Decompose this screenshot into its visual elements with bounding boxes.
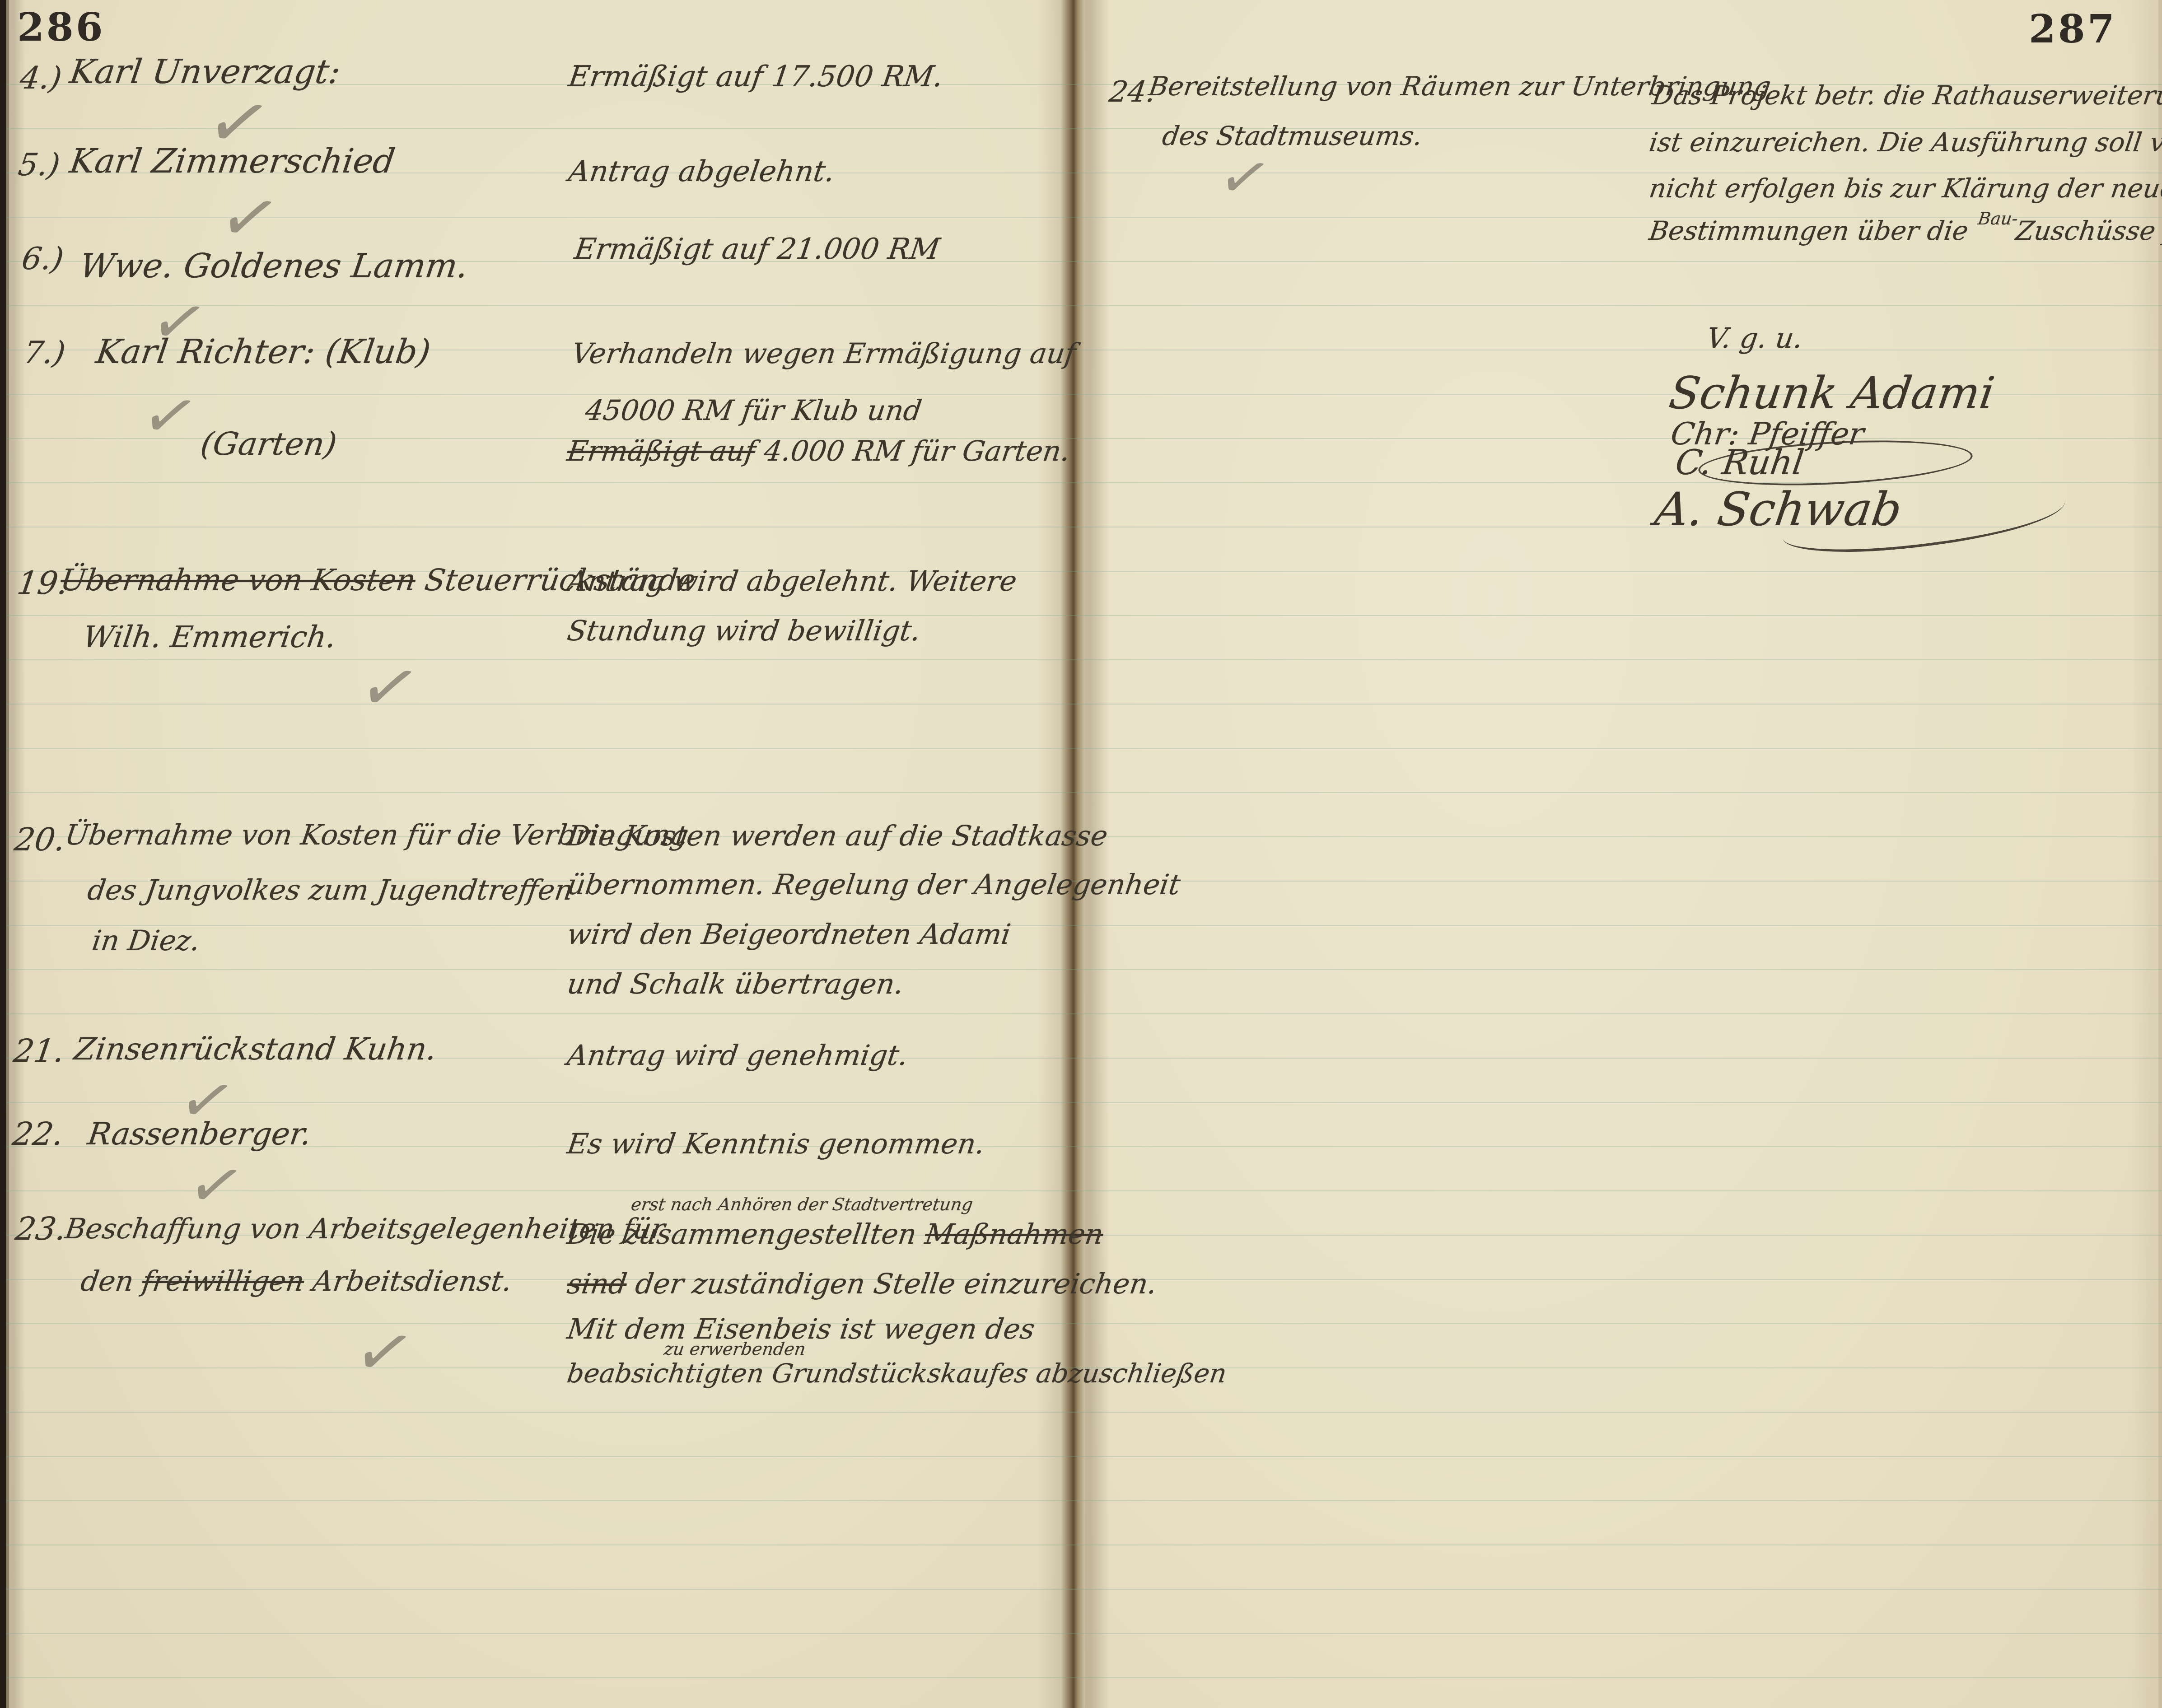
entry-24-decision-line3: nicht erfolgen bis zur Klärung der neuen bbox=[1648, 175, 2162, 201]
entry-6-subject: Wwe. Goldenes Lamm. bbox=[78, 249, 470, 283]
entry-20-subject-line2: des Jungvolkes zum Jugendtreffen bbox=[86, 876, 575, 904]
entry-23-decision-line1: Die zusammengestellten Maßnahmen bbox=[565, 1220, 1105, 1248]
entry-5-subject: Karl Zimmerschied bbox=[68, 145, 397, 178]
book-gutter bbox=[1060, 0, 1087, 1708]
struck-text: Übernahme von Kosten bbox=[58, 563, 418, 597]
entry-7-number: 7.) bbox=[22, 338, 67, 369]
entry-23-number: 23. bbox=[14, 1213, 68, 1245]
entry-23-subject-line2: den freiwilligen Arbeitsdienst. bbox=[79, 1267, 514, 1295]
text: Die zusammengestellten bbox=[565, 1218, 927, 1251]
entry-4-decision: Ermäßigt auf 17.500 RM. bbox=[567, 62, 945, 91]
struck-text: Ermäßigt auf bbox=[565, 434, 757, 467]
entry-22-subject: Rassenberger. bbox=[86, 1119, 313, 1150]
text: Bestimmungen über die bbox=[1647, 215, 1978, 246]
entry-23-decision-insert2: zu erwerbenden bbox=[663, 1340, 807, 1358]
entry-21-decision: Antrag wird genehmigt. bbox=[565, 1041, 910, 1069]
entry-22-decision: Es wird Kenntnis genommen. bbox=[565, 1130, 986, 1158]
page-number-right: 287 bbox=[2029, 10, 2117, 49]
text: Zuschüsse für Museen. bbox=[2014, 215, 2162, 246]
entry-20-decision-line3: wird den Beigeordneten Adami bbox=[565, 920, 1013, 948]
entry-20-decision-line1: Die Kosten werden auf die Stadtkasse bbox=[565, 822, 1109, 850]
entry-23-decision-line2: sind der zuständigen Stelle einzureichen… bbox=[565, 1270, 1159, 1298]
page-287 bbox=[1085, 0, 2162, 1708]
entry-6-decision: Ermäßigt auf 21.000 RM bbox=[573, 235, 942, 264]
struck-text: sind bbox=[565, 1267, 629, 1300]
entry-23-decision-insert: erst nach Anhören der Stadtvertretung bbox=[630, 1196, 974, 1213]
entry-20-number: 20. bbox=[13, 824, 67, 855]
entry-4-number: 4.) bbox=[18, 63, 64, 94]
entry-7-subject: Karl Richter: (Klub) bbox=[94, 335, 433, 369]
entry-6-number: 6.) bbox=[20, 244, 65, 275]
entry-24-decision-line4: Bestimmungen über die Bau-Zuschüsse für … bbox=[1648, 218, 2162, 244]
entry-24-decision-line1: Das Projekt betr. die Rathauserweiterung bbox=[1651, 82, 2162, 108]
entry-20-decision-line2: übernommen. Regelung der Angelegenheit bbox=[565, 871, 1182, 899]
signature-1: Schunk Adami bbox=[1667, 371, 1997, 415]
closing-mark-vgu: V. g. u. bbox=[1705, 324, 1805, 352]
entry-24-decision-line2: ist einzureichen. Die Ausführung soll vo… bbox=[1648, 129, 2162, 155]
struck-text: Maßnahmen bbox=[923, 1218, 1106, 1251]
entry-4-subject: Karl Unverzagt: bbox=[68, 55, 343, 89]
text: Arbeitsdienst. bbox=[302, 1265, 514, 1297]
entry-5-number: 5.) bbox=[16, 150, 62, 181]
entry-21-number: 21. bbox=[12, 1035, 66, 1067]
entry-22-number: 22. bbox=[11, 1118, 65, 1150]
entry-24-subject-line2: des Stadtmuseums. bbox=[1161, 123, 1424, 149]
page-number-left: 286 bbox=[17, 8, 105, 47]
entry-20-decision-line4: und Schalk übertragen. bbox=[565, 970, 906, 998]
entry-7-subject-garden: (Garten) bbox=[199, 428, 339, 460]
ledger-scan: 286 287 4.) Karl Unverzagt: ✓ Ermäßigt a… bbox=[0, 0, 2162, 1708]
entry-19-decision-line1: Antrag wird abgelehnt. Weitere bbox=[565, 567, 1018, 595]
text: der zuständigen Stelle einzureichen. bbox=[625, 1267, 1159, 1300]
entry-7-decision-line2: 45000 RM für Klub und bbox=[584, 397, 924, 425]
entry-21-subject: Zinsenrückstand Kuhn. bbox=[72, 1034, 439, 1065]
entry-5-decision: Antrag abgelehnt. bbox=[567, 157, 836, 186]
entry-20-subject-line3: in Diez. bbox=[90, 927, 202, 955]
entry-23-decision-line4: beabsichtigten Grundstückskaufes abzusch… bbox=[565, 1360, 1228, 1386]
entry-7-decision-line3: Ermäßigt auf 4.000 RM für Garten. bbox=[565, 437, 1072, 465]
text: den bbox=[79, 1265, 145, 1297]
entry-7-decision-line1: Verhandeln wegen Ermäßigung auf bbox=[570, 340, 1077, 368]
text: 4.000 RM für Garten. bbox=[753, 434, 1072, 467]
entry-19-subject-line2: Wilh. Emmerich. bbox=[81, 622, 338, 652]
struck-text: freiwilligen bbox=[140, 1265, 306, 1297]
inserted-text: Bau- bbox=[1977, 209, 2019, 229]
entry-19-decision-line2: Stundung wird bewilligt. bbox=[565, 617, 922, 645]
